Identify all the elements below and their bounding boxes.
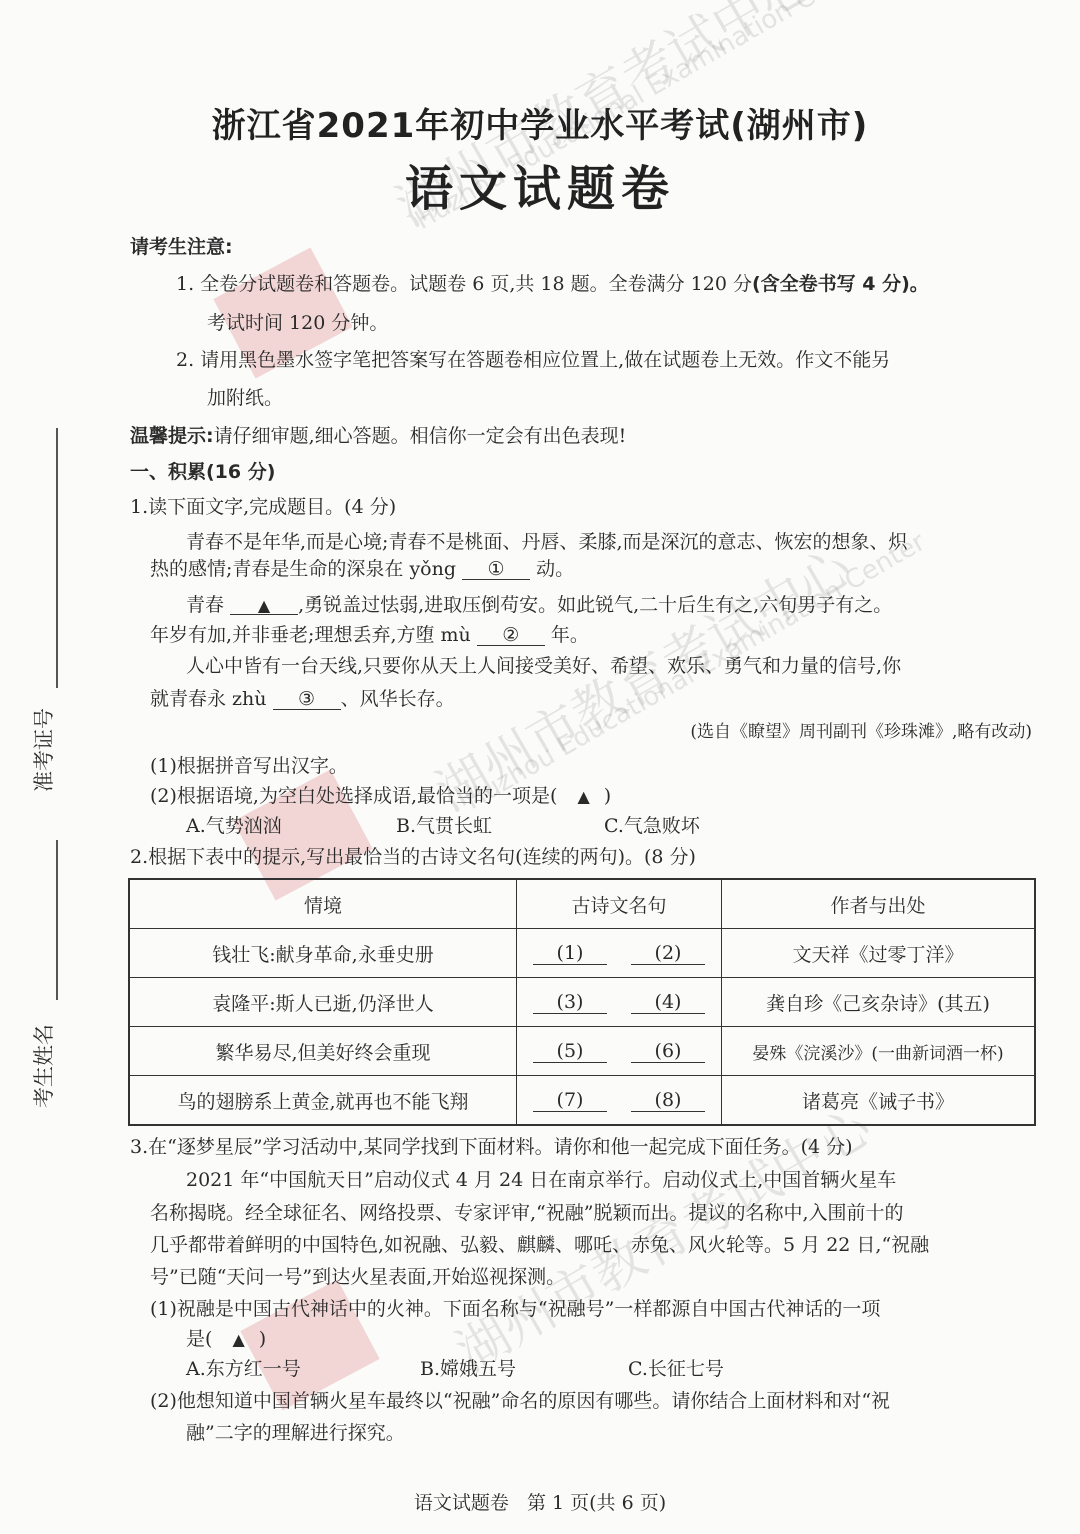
tip-text: 请仔细审题,细心答题。相信你一定会有出色表现! xyxy=(214,425,627,447)
q1-passage-line: 年岁有加,并非垂老;理想丢弃,方堕 mù ② 年。 xyxy=(150,626,589,646)
blank: (2) xyxy=(631,942,705,965)
q1-sub2: (2)根据语境,为空白处选择成语,最恰当的一项是( ▲) xyxy=(150,787,611,806)
q1-option-c: C.气急败坏 xyxy=(604,817,700,836)
source-cell: 龚自珍《己亥杂诗》(其五) xyxy=(722,978,1036,1027)
text: ) xyxy=(604,785,611,807)
q3-option-b: B.嫦娥五号 xyxy=(420,1360,516,1379)
answer-triangle-icon: ▲ xyxy=(232,1330,244,1349)
passage-source: (选自《瞭望》周刊副刊《珍珠滩》,略有改动) xyxy=(690,724,1032,741)
col-header: 古诗文名句 xyxy=(517,879,722,929)
context-cell: 繁华易尽,但美好终会重现 xyxy=(129,1027,517,1076)
notice-heading: 请考生注意: xyxy=(130,238,233,257)
q1-passage-line: 就青春永 zhù ③、风华长存。 xyxy=(150,690,455,710)
q1-option-b: B.气贯长虹 xyxy=(396,817,492,836)
source-cell: 文天祥《过零丁洋》 xyxy=(722,929,1036,978)
notice-item-2-cont: 加附纸。 xyxy=(207,389,283,408)
exam-id-field[interactable] xyxy=(56,428,58,688)
blank-cell: (5)(6) xyxy=(517,1027,722,1076)
q1-stem: 1.读下面文字,完成题目。(4 分) xyxy=(130,498,396,517)
text: ,勇锐盖过怯弱,进取压倒苟安。如此锐气,二十后生有之,六旬男子有之。 xyxy=(298,594,892,616)
q3-option-c: C.长征七号 xyxy=(628,1360,724,1379)
notice-item-2: 2. 请用黑色墨水签字笔把答案写在答题卷相应位置上,做在试题卷上无效。作文不能另 xyxy=(176,351,890,370)
q1-passage-line: 青春不是年华,而是心境;青春不是桃面、丹唇、柔膝,而是深沉的意志、恢宏的想象、炽 xyxy=(186,533,907,552)
col-header: 情境 xyxy=(129,879,517,929)
table-row: 钱壮飞:献身革命,永垂史册 (1)(2) 文天祥《过零丁洋》 xyxy=(129,929,1035,978)
context-cell: 鸟的翅膀系上黄金,就再也不能飞翔 xyxy=(129,1076,517,1126)
q3-passage-line: 2021 年“中国航天日”启动仪式 4 月 24 日在南京举行。启动仪式上,中国… xyxy=(186,1171,896,1190)
exam-title: 浙江省2021年初中学业水平考试(湖州市) xyxy=(0,98,1080,147)
blank-3: ③ xyxy=(273,690,341,710)
blank-cell: (1)(2) xyxy=(517,929,722,978)
table-row: 袁隆平:斯人已逝,仍泽世人 (3)(4) 龚自珍《己亥杂诗》(其五) xyxy=(129,978,1035,1027)
notice-item-1-bold: (含全卷书写 4 分)。 xyxy=(752,273,929,295)
q1-option-a: A.气势汹汹 xyxy=(186,817,282,836)
page-footer: 语文试题卷 第 1 页(共 6 页) xyxy=(0,1488,1080,1515)
q1-passage-line: 青春 ▲,勇锐盖过怯弱,进取压倒苟安。如此锐气,二十后生有之,六旬男子有之。 xyxy=(186,596,892,615)
source-cell: 晏殊《浣溪沙》(一曲新词酒一杯) xyxy=(722,1027,1036,1076)
text: 年岁有加,并非垂老;理想丢弃,方堕 mù xyxy=(150,624,471,646)
blank-cell: (3)(4) xyxy=(517,978,722,1027)
q3-passage-line: 号”已随“天问一号”到达火星表面,开始巡视探测。 xyxy=(150,1268,565,1287)
blank-cell: (7)(8) xyxy=(517,1076,722,1126)
blank: (3) xyxy=(533,991,607,1014)
q1-sub1: (1)根据拼音写出汉字。 xyxy=(150,757,348,776)
text: 年。 xyxy=(551,624,589,646)
student-name-label: 考生姓名 xyxy=(28,1024,58,1108)
answer-triangle-icon: ▲ xyxy=(577,787,589,806)
blank: (6) xyxy=(631,1040,705,1063)
q3-passage-line: 几乎都带着鲜明的中国特色,如祝融、弘毅、麒麟、哪吒、赤兔、风火轮等。5 月 22… xyxy=(150,1236,929,1255)
blank: (8) xyxy=(631,1089,705,1112)
col-header: 作者与出处 xyxy=(722,879,1036,929)
tip: 温馨提示:请仔细审题,细心答题。相信你一定会有出色表现! xyxy=(130,427,626,446)
text: 、风华长存。 xyxy=(341,688,455,710)
source-cell: 诸葛亮《诫子书》 xyxy=(722,1076,1036,1126)
q2-stem: 2.根据下表中的提示,写出最恰当的古诗文名句(连续的两句)。(8 分) xyxy=(130,848,696,867)
blank-2: ② xyxy=(477,626,545,646)
q3-sub2: (2)他想知道中国首辆火星车最终以“祝融”命名的原因有哪些。请你结合上面材料和对… xyxy=(150,1392,890,1411)
blank: (5) xyxy=(533,1040,607,1063)
notice-item-1-cont: 考试时间 120 分钟。 xyxy=(207,314,388,333)
text: 青春 xyxy=(186,594,224,616)
blank-1: ① xyxy=(462,560,530,580)
context-cell: 袁隆平:斯人已逝,仍泽世人 xyxy=(129,978,517,1027)
q1-passage-line: 人心中皆有一台天线,只要你从天上人间接受美好、希望、欢乐、勇气和力量的信号,你 xyxy=(186,657,901,676)
tip-label: 温馨提示: xyxy=(130,425,214,447)
q3-sub1-cont: 是( ▲) xyxy=(186,1330,266,1349)
exam-id-label: 准考证号 xyxy=(28,708,58,792)
blank: (7) xyxy=(533,1089,607,1112)
q3-sub2-cont: 融”二字的理解进行探究。 xyxy=(186,1424,405,1443)
table-header-row: 情境 古诗文名句 作者与出处 xyxy=(129,879,1035,929)
text: 动。 xyxy=(536,558,574,580)
poem-table: 情境 古诗文名句 作者与出处 钱壮飞:献身革命,永垂史册 (1)(2) 文天祥《… xyxy=(128,878,1036,1126)
text: 就青春永 zhù xyxy=(150,688,267,710)
blank: (4) xyxy=(631,991,705,1014)
text: 热的感情;青春是生命的深泉在 yǒng xyxy=(150,558,456,580)
text: (2)根据语境,为空白处选择成语,最恰当的一项是( xyxy=(150,785,557,807)
text: ) xyxy=(259,1328,266,1350)
text: 是( xyxy=(186,1328,212,1350)
table-row: 鸟的翅膀系上黄金,就再也不能飞翔 (7)(8) 诸葛亮《诫子书》 xyxy=(129,1076,1035,1126)
context-cell: 钱壮飞:献身革命,永垂史册 xyxy=(129,929,517,978)
notice-item-1-text: 1. 全卷分试题卷和答题卷。试题卷 6 页,共 18 题。全卷满分 120 分 xyxy=(176,273,752,295)
section-heading: 一、积累(16 分) xyxy=(130,463,275,482)
q1-passage-line: 热的感情;青春是生命的深泉在 yǒng ① 动。 xyxy=(150,560,574,580)
notice-item-1: 1. 全卷分试题卷和答题卷。试题卷 6 页,共 18 题。全卷满分 120 分(… xyxy=(176,275,929,294)
table-row: 繁华易尽,但美好终会重现 (5)(6) 晏殊《浣溪沙》(一曲新词酒一杯) xyxy=(129,1027,1035,1076)
triangle-blank: ▲ xyxy=(230,598,298,615)
q3-stem: 3.在“逐梦星辰”学习活动中,某同学找到下面材料。请你和他一起完成下面任务。(4… xyxy=(130,1138,853,1157)
paper-title: 语文试题卷 xyxy=(0,150,1080,219)
student-name-field[interactable] xyxy=(56,840,58,1000)
q3-sub1: (1)祝融是中国古代神话中的火神。下面名称与“祝融号”一样都源自中国古代神话的一… xyxy=(150,1300,880,1319)
q3-option-a: A.东方红一号 xyxy=(186,1360,301,1379)
blank: (1) xyxy=(533,942,607,965)
q3-passage-line: 名称揭晓。经全球征名、网络投票、专家评审,“祝融”脱颖而出。提议的名称中,入围前… xyxy=(150,1204,904,1223)
exam-page: 湖州市教育考试中心 Huzhou Educational Examination… xyxy=(0,0,1080,1534)
